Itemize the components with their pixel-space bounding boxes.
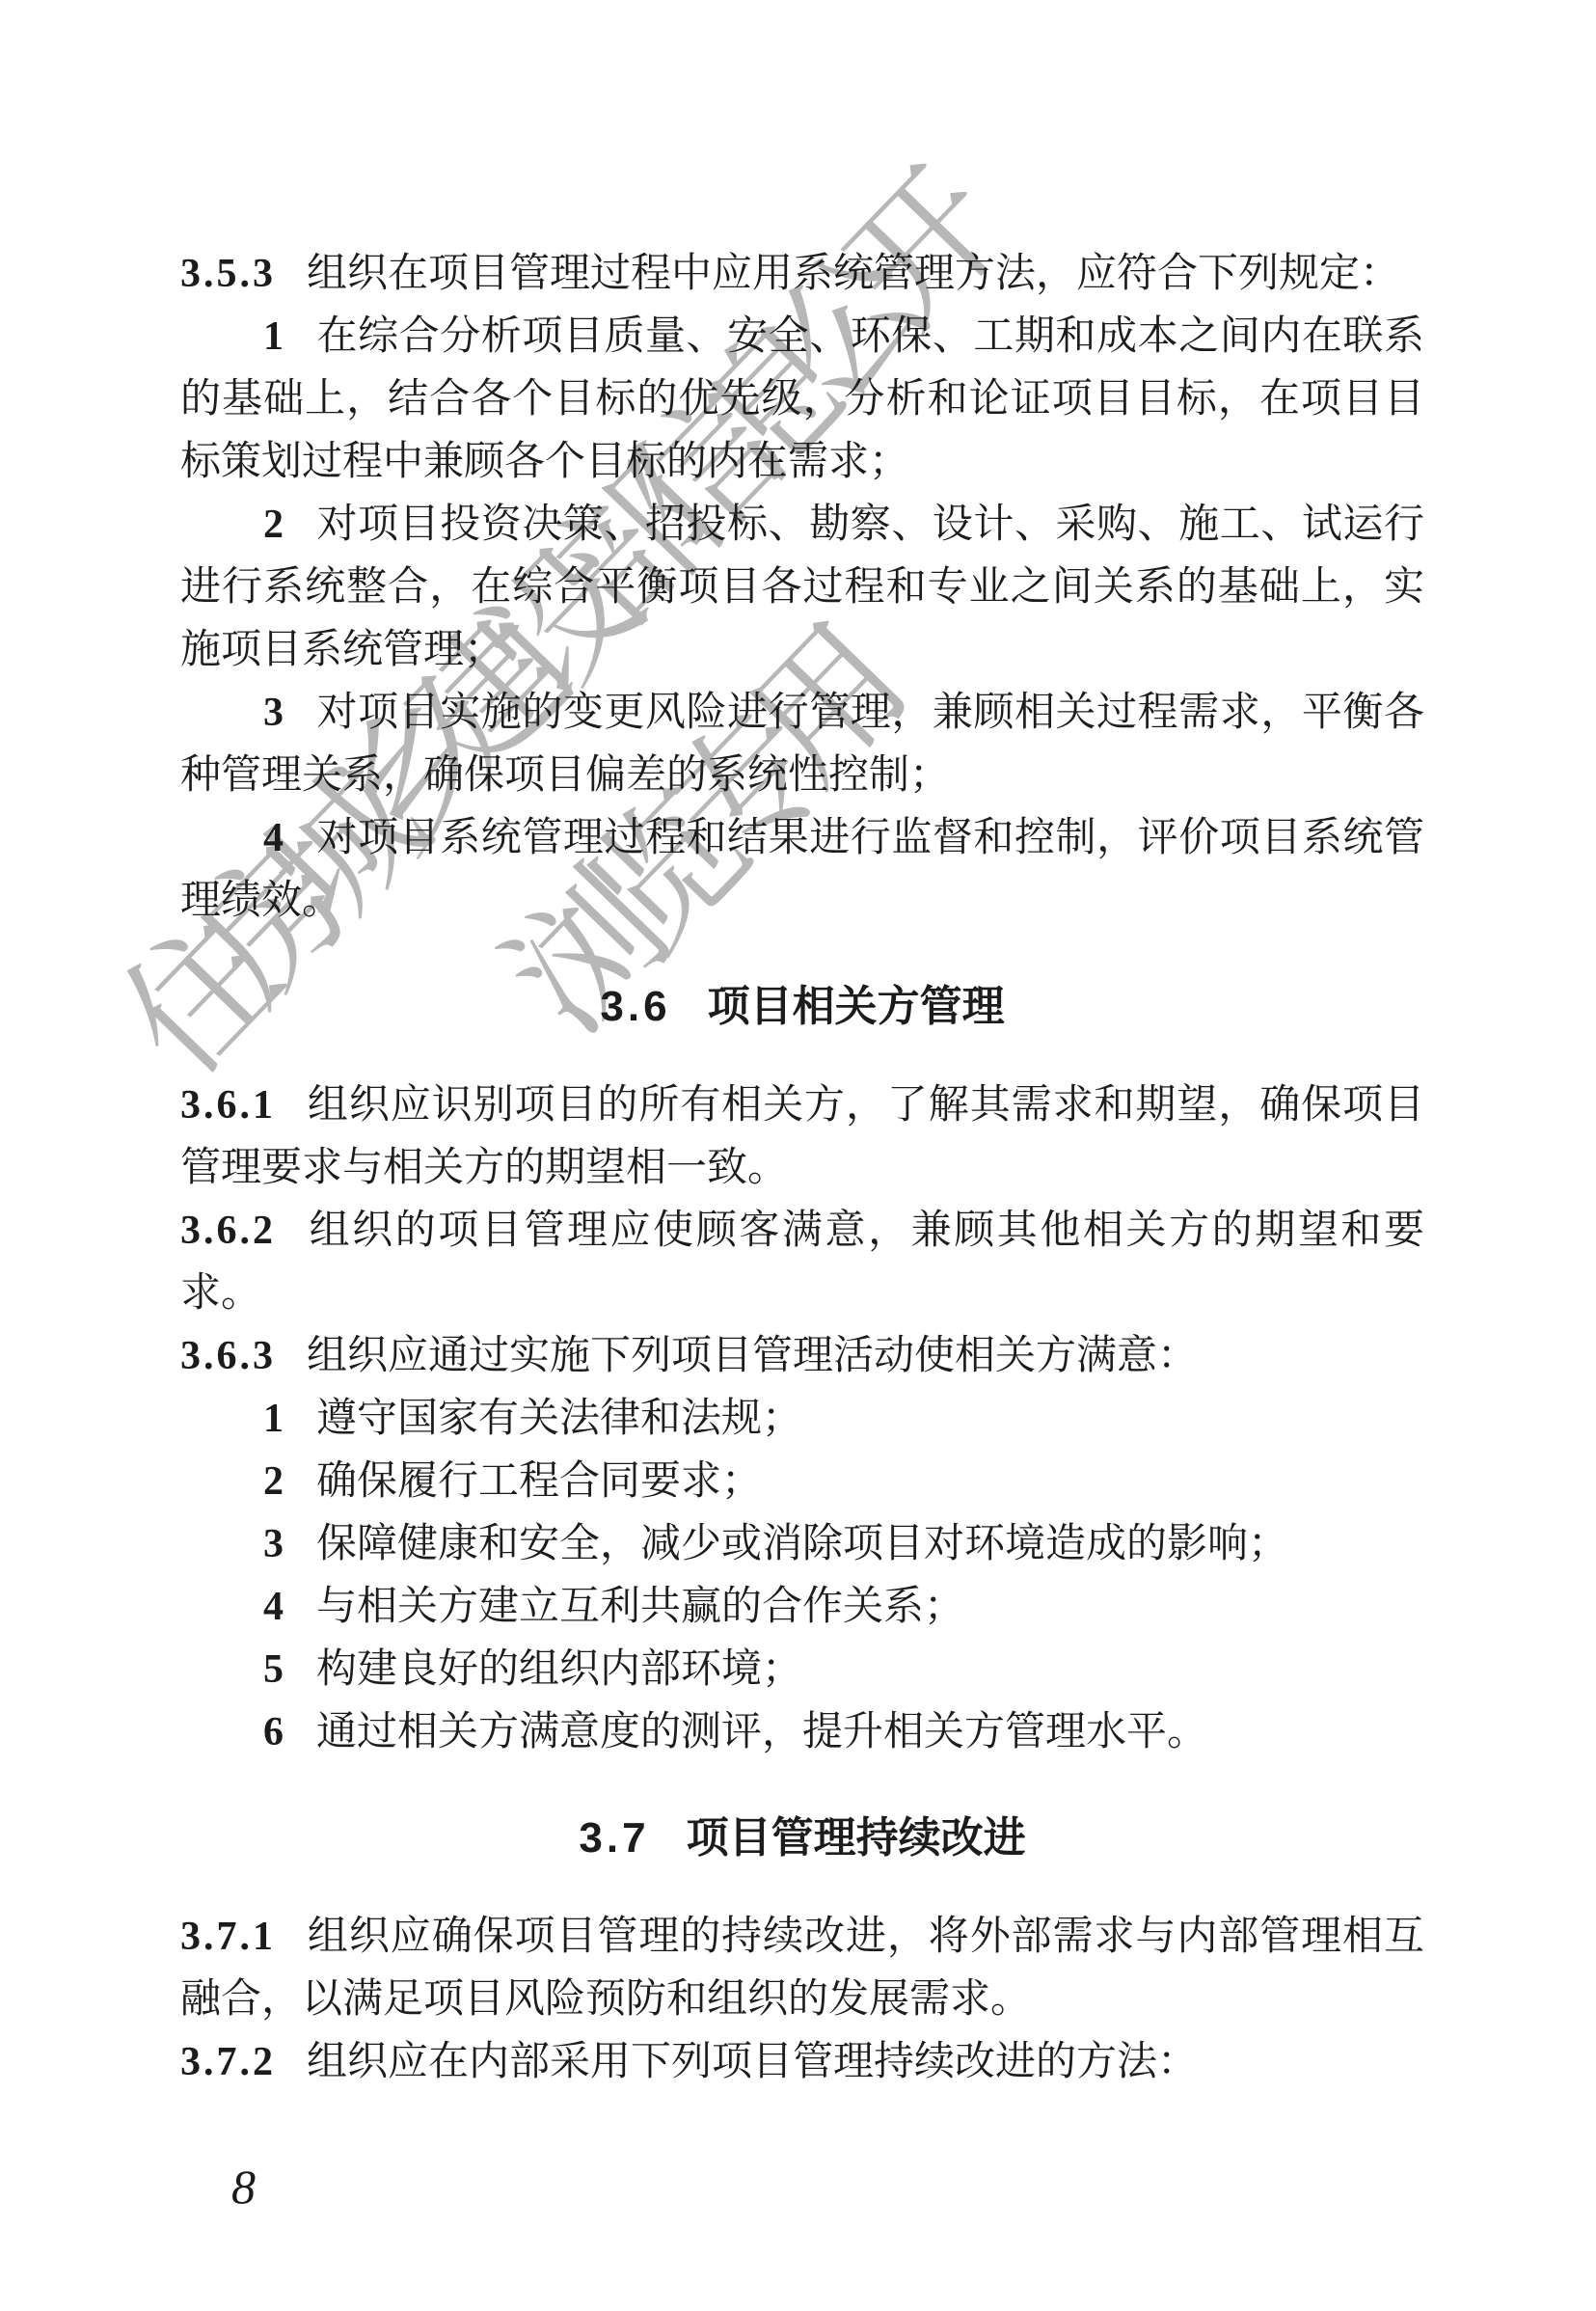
item-text: 确保履行工程合同要求； (316, 1459, 762, 1504)
item-text: 构建良好的组织内部环境； (316, 1647, 802, 1692)
section-heading-3-6: 3.6项目相关方管理 (180, 975, 1424, 1038)
clause-3-6-2: 3.6.2组织的项目管理应使顾客满意，兼顾其他相关方的期望和要求。 (180, 1200, 1424, 1325)
clause-number: 3.7.1 (180, 1915, 307, 1959)
item-number: 5 (263, 1647, 316, 1692)
clause-text: 组织应通过实施下列项目管理活动使相关方满意： (307, 1334, 1198, 1378)
item-number: 6 (263, 1710, 316, 1754)
clause-text: 组织应确保项目管理的持续改进，将外部需求与内部管理相互融合，以满足项目风险预防和… (180, 1915, 1424, 2022)
item-text: 在综合分析项目质量、安全、环保、工期和成本之间内在联系的基础上，结合各个目标的优… (180, 314, 1424, 484)
section-number: 3.6 (600, 983, 707, 1030)
item-number: 4 (263, 816, 316, 860)
list-item: 4与相关方建立互利共赢的合作关系； (180, 1576, 1424, 1639)
item-number: 2 (263, 1459, 316, 1504)
page-number: 8 (231, 2159, 256, 2215)
item-text: 与相关方建立互利共赢的合作关系； (316, 1585, 964, 1629)
clause-number: 3.6.2 (180, 1209, 307, 1253)
clause-3-6-1: 3.6.1组织应识别项目的所有相关方，了解其需求和期望，确保项目管理要求与相关方… (180, 1074, 1424, 1200)
section-title: 项目相关方管理 (708, 983, 1005, 1030)
clause-3-5-3: 3.5.3组织在项目管理过程中应用系统管理方法，应符合下列规定： (180, 243, 1424, 306)
clause-number: 3.6.1 (180, 1083, 307, 1128)
item-text: 通过相关方满意度的测评，提升相关方管理水平。 (316, 1710, 1207, 1754)
clause-text: 组织在项目管理过程中应用系统管理方法，应符合下列规定： (307, 252, 1400, 296)
item-number: 4 (263, 1585, 316, 1629)
list-item: 5构建良好的组织内部环境； (180, 1639, 1424, 1701)
document-page: 住房城乡建设部信息公开 浏览专用 3.5.3组织在项目管理过程中应用系统管理方法… (0, 0, 1596, 2311)
item-text: 对项目系统管理过程和结果进行监督和控制，评价项目系统管理绩效。 (180, 816, 1424, 923)
clause-text: 组织应识别项目的所有相关方，了解其需求和期望，确保项目管理要求与相关方的期望相一… (180, 1083, 1424, 1190)
clause-3-7-2: 3.7.2组织应在内部采用下列项目管理持续改进的方法： (180, 2031, 1424, 2094)
list-item: 2对项目投资决策、招投标、勘察、设计、采购、施工、试运行进行系统整合，在综合平衡… (180, 494, 1424, 682)
section-heading-3-7: 3.7项目管理持续改进 (180, 1807, 1424, 1869)
clause-3-7-1: 3.7.1组织应确保项目管理的持续改进，将外部需求与内部管理相互融合，以满足项目… (180, 1906, 1424, 2031)
list-item: 3对项目实施的变更风险进行管理，兼顾相关过程需求，平衡各种管理关系，确保项目偏差… (180, 682, 1424, 807)
section-number: 3.7 (579, 1814, 686, 1862)
clause-text: 组织应在内部采用下列项目管理持续改进的方法： (307, 2040, 1198, 2084)
item-text: 对项目投资决策、招投标、勘察、设计、采购、施工、试运行进行系统整合，在综合平衡项… (180, 503, 1424, 672)
clause-text: 组织的项目管理应使顾客满意，兼顾其他相关方的期望和要求。 (180, 1209, 1424, 1316)
item-text: 对项目实施的变更风险进行管理，兼顾相关过程需求，平衡各种管理关系，确保项目偏差的… (180, 691, 1424, 798)
list-item: 1在综合分析项目质量、安全、环保、工期和成本之间内在联系的基础上，结合各个目标的… (180, 306, 1424, 494)
list-item: 4对项目系统管理过程和结果进行监督和控制，评价项目系统管理绩效。 (180, 807, 1424, 933)
item-number: 1 (263, 1397, 316, 1441)
list-item: 6通过相关方满意度的测评，提升相关方管理水平。 (180, 1701, 1424, 1764)
clause-number: 3.7.2 (180, 2040, 307, 2084)
item-number: 2 (263, 503, 316, 547)
item-text: 保障健康和安全，减少或消除项目对环境造成的影响； (316, 1522, 1288, 1566)
clause-3-6-3: 3.6.3组织应通过实施下列项目管理活动使相关方满意： (180, 1325, 1424, 1388)
item-number: 3 (263, 691, 316, 735)
item-number: 1 (263, 314, 316, 359)
item-text: 遵守国家有关法律和法规； (316, 1397, 802, 1441)
item-number: 3 (263, 1522, 316, 1566)
list-item: 1遵守国家有关法律和法规； (180, 1388, 1424, 1451)
clause-number: 3.5.3 (180, 252, 307, 296)
list-item: 3保障健康和安全，减少或消除项目对环境造成的影响； (180, 1513, 1424, 1576)
section-title: 项目管理持续改进 (687, 1814, 1026, 1862)
clause-number: 3.6.3 (180, 1334, 307, 1378)
body-text-block: 3.5.3组织在项目管理过程中应用系统管理方法，应符合下列规定： 1在综合分析项… (180, 243, 1424, 2094)
list-item: 2确保履行工程合同要求； (180, 1451, 1424, 1513)
